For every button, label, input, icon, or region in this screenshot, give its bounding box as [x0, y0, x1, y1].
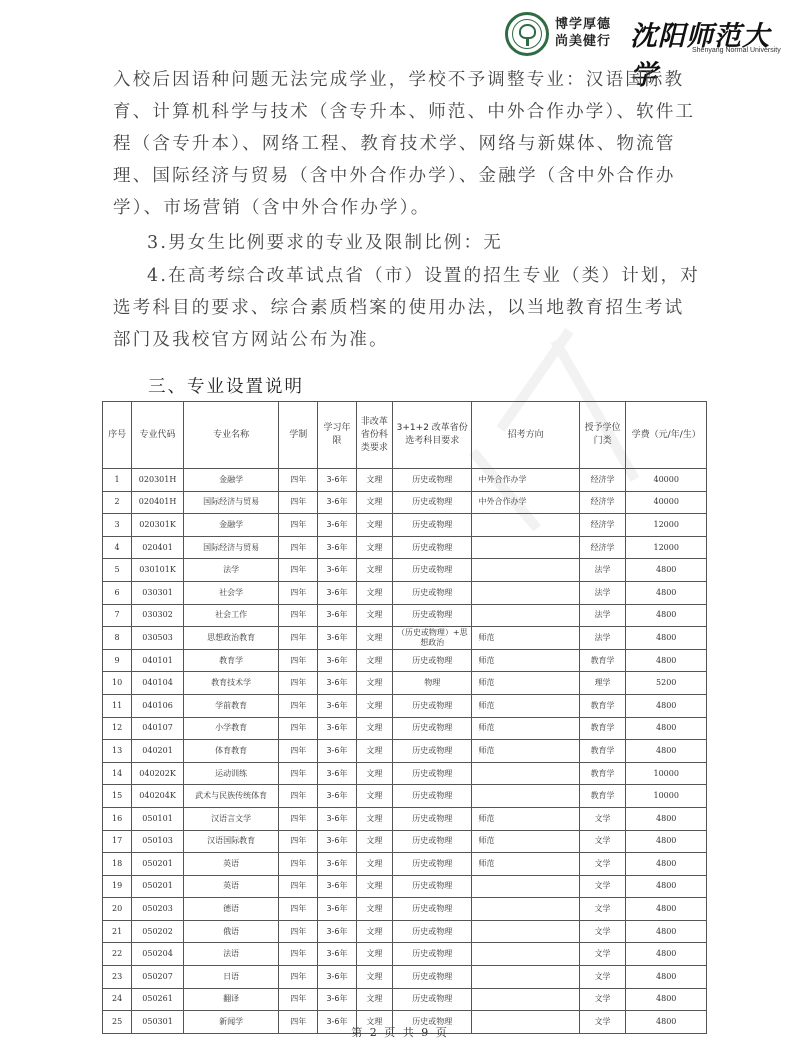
- cell-program-length: 四年: [279, 536, 318, 559]
- cell-code: 040107: [132, 717, 184, 740]
- cell-direction: [472, 604, 579, 627]
- cell-reform-requirement: 历史或物理: [392, 920, 471, 943]
- cell-program-length: 四年: [279, 988, 318, 1011]
- cell-direction: 师范: [472, 807, 579, 830]
- cell-major-name: 国际经济与贸易: [183, 491, 278, 514]
- cell-major-name: 国际经济与贸易: [183, 536, 278, 559]
- cell-nonreform-requirement: 文理: [356, 717, 392, 740]
- cell-degree-category: 法学: [579, 627, 626, 650]
- header-code: 专业代码: [132, 402, 184, 469]
- cell-direction: [472, 988, 579, 1011]
- cell-degree-category: 法学: [579, 604, 626, 627]
- cell-degree-category: 文学: [579, 853, 626, 876]
- cell-code: 030302: [132, 604, 184, 627]
- cell-direction: 师范: [472, 740, 579, 763]
- cell-tuition: 10000: [626, 762, 707, 785]
- cell-direction: 师范: [472, 717, 579, 740]
- cell-degree-category: 文学: [579, 898, 626, 921]
- cell-nonreform-requirement: 文理: [356, 785, 392, 808]
- paragraph-reform-provinces: 4.在高考综合改革试点省（市）设置的招生专业（类）计划，对选考科目的要求、综合素…: [113, 260, 703, 356]
- cell-major-name: 俄语: [183, 920, 278, 943]
- cell-study-years: 3-6年: [318, 491, 357, 514]
- cell-major-name: 日语: [183, 966, 278, 989]
- cell-major-name: 运动训练: [183, 762, 278, 785]
- cell-index: 24: [103, 988, 132, 1011]
- cell-index: 11: [103, 694, 132, 717]
- cell-study-years: 3-6年: [318, 649, 357, 672]
- cell-major-name: 德语: [183, 898, 278, 921]
- cell-program-length: 四年: [279, 694, 318, 717]
- cell-tuition: 4800: [626, 988, 707, 1011]
- cell-code: 050201: [132, 853, 184, 876]
- table-row: 10040104教育技术学四年3-6年文理物理师范理学5200: [103, 672, 707, 695]
- cell-code: 050203: [132, 898, 184, 921]
- cell-reform-requirement: 物理: [392, 672, 471, 695]
- cell-index: 7: [103, 604, 132, 627]
- cell-tuition: 4800: [626, 740, 707, 763]
- table-header-row: 序号 专业代码 专业名称 学制 学习年限 非改革省份科类要求 3+1+2 改革省…: [103, 402, 707, 469]
- cell-index: 19: [103, 875, 132, 898]
- university-motto: 博学厚德 尚美健行: [555, 16, 625, 50]
- cell-tuition: 12000: [626, 536, 707, 559]
- cell-code: 050201: [132, 875, 184, 898]
- paragraph-language-restriction: 入校后因语种问题无法完成学业，学校不予调整专业：汉语国际教育、计算机科学与技术（…: [113, 64, 703, 224]
- table-row: 13040201体育教育四年3-6年文理历史或物理师范教育学4800: [103, 740, 707, 763]
- cell-tuition: 4800: [626, 943, 707, 966]
- cell-index: 1: [103, 469, 132, 492]
- cell-study-years: 3-6年: [318, 830, 357, 853]
- table-row: 16050101汉语言文学四年3-6年文理历史或物理师范文学4800: [103, 807, 707, 830]
- cell-tuition: 4800: [626, 807, 707, 830]
- cell-code: 040101: [132, 649, 184, 672]
- cell-nonreform-requirement: 文理: [356, 536, 392, 559]
- cell-degree-category: 教育学: [579, 717, 626, 740]
- table-row: 3020301K金融学四年3-6年文理历史或物理经济学12000: [103, 514, 707, 537]
- cell-index: 2: [103, 491, 132, 514]
- cell-direction: 师范: [472, 649, 579, 672]
- cell-tuition: 4800: [626, 559, 707, 582]
- table-row: 21050202俄语四年3-6年文理历史或物理文学4800: [103, 920, 707, 943]
- cell-code: 030101K: [132, 559, 184, 582]
- header-major-name: 专业名称: [183, 402, 278, 469]
- table-row: 11040106学前教育四年3-6年文理历史或物理师范教育学4800: [103, 694, 707, 717]
- cell-study-years: 3-6年: [318, 514, 357, 537]
- cell-direction: [472, 762, 579, 785]
- cell-index: 21: [103, 920, 132, 943]
- cell-reform-requirement: 历史或物理: [392, 740, 471, 763]
- cell-tuition: 4800: [626, 649, 707, 672]
- cell-code: 040202K: [132, 762, 184, 785]
- cell-nonreform-requirement: 文理: [356, 559, 392, 582]
- cell-tuition: 10000: [626, 785, 707, 808]
- cell-program-length: 四年: [279, 875, 318, 898]
- cell-degree-category: 经济学: [579, 469, 626, 492]
- header-study-years: 学习年限: [318, 402, 357, 469]
- cell-reform-requirement: 历史或物理: [392, 604, 471, 627]
- cell-program-length: 四年: [279, 559, 318, 582]
- cell-reform-requirement: 历史或物理: [392, 694, 471, 717]
- cell-major-name: 金融学: [183, 469, 278, 492]
- cell-reform-requirement: 历史或物理: [392, 943, 471, 966]
- cell-nonreform-requirement: 文理: [356, 740, 392, 763]
- cell-nonreform-requirement: 文理: [356, 920, 392, 943]
- cell-code: 040204K: [132, 785, 184, 808]
- cell-reform-requirement: 历史或物理: [392, 830, 471, 853]
- cell-reform-requirement: 历史或物理: [392, 581, 471, 604]
- cell-study-years: 3-6年: [318, 627, 357, 650]
- cell-degree-category: 教育学: [579, 762, 626, 785]
- university-name-en: Shenyang Normal University: [692, 47, 781, 54]
- cell-index: 12: [103, 717, 132, 740]
- cell-index: 5: [103, 559, 132, 582]
- cell-degree-category: 文学: [579, 966, 626, 989]
- cell-direction: 中外合作办学: [472, 469, 579, 492]
- cell-major-name: 教育技术学: [183, 672, 278, 695]
- table-row: 8030503思想政治教育四年3-6年文理（历史或物理）+思想政治师范法学480…: [103, 627, 707, 650]
- cell-nonreform-requirement: 文理: [356, 604, 392, 627]
- cell-tuition: 4800: [626, 604, 707, 627]
- cell-code: 050204: [132, 943, 184, 966]
- cell-program-length: 四年: [279, 604, 318, 627]
- cell-degree-category: 文学: [579, 830, 626, 853]
- cell-degree-category: 理学: [579, 672, 626, 695]
- cell-program-length: 四年: [279, 762, 318, 785]
- cell-code: 020301K: [132, 514, 184, 537]
- cell-degree-category: 经济学: [579, 491, 626, 514]
- cell-code: 030503: [132, 627, 184, 650]
- cell-program-length: 四年: [279, 943, 318, 966]
- table-row: 23050207日语四年3-6年文理历史或物理文学4800: [103, 966, 707, 989]
- table-row: 14040202K运动训练四年3-6年文理历史或物理教育学10000: [103, 762, 707, 785]
- table-row: 18050201英语四年3-6年文理历史或物理师范文学4800: [103, 853, 707, 876]
- cell-index: 8: [103, 627, 132, 650]
- cell-tuition: 4800: [626, 694, 707, 717]
- cell-degree-category: 文学: [579, 943, 626, 966]
- cell-nonreform-requirement: 文理: [356, 898, 392, 921]
- cell-index: 4: [103, 536, 132, 559]
- cell-nonreform-requirement: 文理: [356, 672, 392, 695]
- motto-line-1: 博学厚德: [555, 16, 625, 33]
- university-header: 博学厚德 尚美健行 沈阳师范大学 Shenyang Normal Univers…: [505, 10, 795, 60]
- cell-major-name: 翻译: [183, 988, 278, 1011]
- cell-index: 18: [103, 853, 132, 876]
- cell-direction: 师范: [472, 830, 579, 853]
- cell-program-length: 四年: [279, 469, 318, 492]
- cell-index: 13: [103, 740, 132, 763]
- cell-code: 040201: [132, 740, 184, 763]
- cell-program-length: 四年: [279, 649, 318, 672]
- paragraph-gender-ratio: 3.男女生比例要求的专业及限制比例：无: [113, 227, 703, 259]
- cell-study-years: 3-6年: [318, 694, 357, 717]
- cell-nonreform-requirement: 文理: [356, 875, 392, 898]
- cell-direction: [472, 920, 579, 943]
- cell-study-years: 3-6年: [318, 988, 357, 1011]
- cell-major-name: 社会学: [183, 581, 278, 604]
- table-body: 1020301H金融学四年3-6年文理历史或物理中外合作办学经济学4000020…: [103, 469, 707, 1034]
- cell-index: 10: [103, 672, 132, 695]
- cell-index: 16: [103, 807, 132, 830]
- cell-major-name: 金融学: [183, 514, 278, 537]
- cell-major-name: 英语: [183, 875, 278, 898]
- cell-nonreform-requirement: 文理: [356, 694, 392, 717]
- cell-study-years: 3-6年: [318, 581, 357, 604]
- cell-tuition: 4800: [626, 966, 707, 989]
- table-row: 6030301社会学四年3-6年文理历史或物理法学4800: [103, 581, 707, 604]
- cell-code: 050202: [132, 920, 184, 943]
- university-emblem-icon: [505, 12, 549, 56]
- cell-program-length: 四年: [279, 627, 318, 650]
- header-index: 序号: [103, 402, 132, 469]
- cell-index: 20: [103, 898, 132, 921]
- cell-degree-category: 经济学: [579, 514, 626, 537]
- table-row: 24050261翻译四年3-6年文理历史或物理文学4800: [103, 988, 707, 1011]
- cell-code: 050207: [132, 966, 184, 989]
- cell-study-years: 3-6年: [318, 807, 357, 830]
- cell-degree-category: 教育学: [579, 649, 626, 672]
- cell-program-length: 四年: [279, 491, 318, 514]
- cell-major-name: 法学: [183, 559, 278, 582]
- table-row: 15040204K武术与民族传统体育四年3-6年文理历史或物理教育学10000: [103, 785, 707, 808]
- cell-nonreform-requirement: 文理: [356, 762, 392, 785]
- cell-direction: 中外合作办学: [472, 491, 579, 514]
- cell-index: 14: [103, 762, 132, 785]
- cell-degree-category: 文学: [579, 988, 626, 1011]
- header-reform-requirement: 3+1+2 改革省份选考科目要求: [392, 402, 471, 469]
- cell-direction: 师范: [472, 853, 579, 876]
- cell-reform-requirement: 历史或物理: [392, 785, 471, 808]
- cell-major-name: 社会工作: [183, 604, 278, 627]
- cell-degree-category: 文学: [579, 875, 626, 898]
- cell-direction: [472, 581, 579, 604]
- cell-tuition: 4800: [626, 717, 707, 740]
- table-row: 5030101K法学四年3-6年文理历史或物理法学4800: [103, 559, 707, 582]
- cell-study-years: 3-6年: [318, 536, 357, 559]
- cell-major-name: 学前教育: [183, 694, 278, 717]
- cell-tuition: 4800: [626, 627, 707, 650]
- motto-line-2: 尚美健行: [555, 33, 625, 50]
- cell-study-years: 3-6年: [318, 740, 357, 763]
- header-tuition: 学费（元/年/生）: [626, 402, 707, 469]
- cell-nonreform-requirement: 文理: [356, 966, 392, 989]
- cell-study-years: 3-6年: [318, 469, 357, 492]
- cell-degree-category: 教育学: [579, 785, 626, 808]
- cell-degree-category: 文学: [579, 920, 626, 943]
- table-row: 7030302社会工作四年3-6年文理历史或物理法学4800: [103, 604, 707, 627]
- cell-nonreform-requirement: 文理: [356, 581, 392, 604]
- table-row: 2020401H国际经济与贸易四年3-6年文理历史或物理中外合作办学经济学400…: [103, 491, 707, 514]
- cell-study-years: 3-6年: [318, 717, 357, 740]
- cell-direction: [472, 559, 579, 582]
- cell-tuition: 4800: [626, 875, 707, 898]
- cell-program-length: 四年: [279, 514, 318, 537]
- cell-reform-requirement: 历史或物理: [392, 762, 471, 785]
- section-title: 三、专业设置说明: [148, 373, 304, 398]
- cell-tuition: 40000: [626, 491, 707, 514]
- cell-degree-category: 教育学: [579, 694, 626, 717]
- cell-nonreform-requirement: 文理: [356, 469, 392, 492]
- cell-tuition: 5200: [626, 672, 707, 695]
- cell-program-length: 四年: [279, 717, 318, 740]
- cell-code: 040104: [132, 672, 184, 695]
- cell-program-length: 四年: [279, 672, 318, 695]
- cell-degree-category: 法学: [579, 559, 626, 582]
- table-row: 4020401国际经济与贸易四年3-6年文理历史或物理经济学12000: [103, 536, 707, 559]
- majors-table: 序号 专业代码 专业名称 学制 学习年限 非改革省份科类要求 3+1+2 改革省…: [102, 401, 707, 1034]
- cell-tuition: 12000: [626, 514, 707, 537]
- cell-tuition: 4800: [626, 853, 707, 876]
- cell-direction: 师范: [472, 694, 579, 717]
- cell-degree-category: 经济学: [579, 536, 626, 559]
- cell-direction: [472, 943, 579, 966]
- cell-code: 050261: [132, 988, 184, 1011]
- cell-nonreform-requirement: 文理: [356, 491, 392, 514]
- cell-reform-requirement: 历史或物理: [392, 649, 471, 672]
- cell-direction: 师范: [472, 627, 579, 650]
- cell-reform-requirement: 历史或物理: [392, 469, 471, 492]
- cell-direction: [472, 514, 579, 537]
- cell-major-name: 教育学: [183, 649, 278, 672]
- cell-index: 23: [103, 966, 132, 989]
- cell-major-name: 武术与民族传统体育: [183, 785, 278, 808]
- cell-nonreform-requirement: 文理: [356, 627, 392, 650]
- cell-code: 050103: [132, 830, 184, 853]
- cell-major-name: 汉语言文学: [183, 807, 278, 830]
- header-direction: 招考方向: [472, 402, 579, 469]
- cell-program-length: 四年: [279, 898, 318, 921]
- cell-reform-requirement: 历史或物理: [392, 966, 471, 989]
- table-row: 9040101教育学四年3-6年文理历史或物理师范教育学4800: [103, 649, 707, 672]
- cell-degree-category: 教育学: [579, 740, 626, 763]
- cell-study-years: 3-6年: [318, 875, 357, 898]
- table-row: 19050201英语四年3-6年文理历史或物理文学4800: [103, 875, 707, 898]
- cell-tuition: 4800: [626, 898, 707, 921]
- header-nonreform-requirement: 非改革省份科类要求: [356, 402, 392, 469]
- cell-direction: [472, 966, 579, 989]
- cell-study-years: 3-6年: [318, 785, 357, 808]
- cell-program-length: 四年: [279, 853, 318, 876]
- header-program-length: 学制: [279, 402, 318, 469]
- cell-major-name: 体育教育: [183, 740, 278, 763]
- cell-nonreform-requirement: 文理: [356, 807, 392, 830]
- cell-direction: 师范: [472, 672, 579, 695]
- cell-reform-requirement: 历史或物理: [392, 988, 471, 1011]
- cell-nonreform-requirement: 文理: [356, 943, 392, 966]
- cell-study-years: 3-6年: [318, 898, 357, 921]
- cell-nonreform-requirement: 文理: [356, 988, 392, 1011]
- cell-major-name: 法语: [183, 943, 278, 966]
- cell-program-length: 四年: [279, 785, 318, 808]
- cell-tuition: 40000: [626, 469, 707, 492]
- cell-reform-requirement: 历史或物理: [392, 853, 471, 876]
- cell-study-years: 3-6年: [318, 943, 357, 966]
- cell-nonreform-requirement: 文理: [356, 830, 392, 853]
- cell-program-length: 四年: [279, 920, 318, 943]
- cell-degree-category: 法学: [579, 581, 626, 604]
- cell-tuition: 4800: [626, 830, 707, 853]
- cell-major-name: 小学教育: [183, 717, 278, 740]
- cell-reform-requirement: 历史或物理: [392, 875, 471, 898]
- table-row: 22050204法语四年3-6年文理历史或物理文学4800: [103, 943, 707, 966]
- cell-nonreform-requirement: 文理: [356, 514, 392, 537]
- cell-program-length: 四年: [279, 581, 318, 604]
- cell-study-years: 3-6年: [318, 559, 357, 582]
- cell-reform-requirement: （历史或物理）+思想政治: [392, 627, 471, 650]
- table-row: 17050103汉语国际教育四年3-6年文理历史或物理师范文学4800: [103, 830, 707, 853]
- cell-index: 17: [103, 830, 132, 853]
- cell-degree-category: 文学: [579, 807, 626, 830]
- page-number: 第 2 页 共 9 页: [0, 1024, 800, 1040]
- cell-code: 020401H: [132, 491, 184, 514]
- cell-major-name: 汉语国际教育: [183, 830, 278, 853]
- cell-reform-requirement: 历史或物理: [392, 536, 471, 559]
- cell-reform-requirement: 历史或物理: [392, 559, 471, 582]
- cell-major-name: 思想政治教育: [183, 627, 278, 650]
- cell-code: 040106: [132, 694, 184, 717]
- cell-study-years: 3-6年: [318, 966, 357, 989]
- cell-index: 3: [103, 514, 132, 537]
- cell-code: 050101: [132, 807, 184, 830]
- cell-code: 020401: [132, 536, 184, 559]
- tree-trunk: [526, 37, 529, 46]
- table-row: 20050203德语四年3-6年文理历史或物理文学4800: [103, 898, 707, 921]
- cell-reform-requirement: 历史或物理: [392, 491, 471, 514]
- cell-program-length: 四年: [279, 830, 318, 853]
- header-degree-category: 授予学位门类: [579, 402, 626, 469]
- cell-index: 9: [103, 649, 132, 672]
- cell-direction: [472, 898, 579, 921]
- cell-index: 6: [103, 581, 132, 604]
- cell-code: 030301: [132, 581, 184, 604]
- cell-nonreform-requirement: 文理: [356, 853, 392, 876]
- cell-program-length: 四年: [279, 740, 318, 763]
- cell-major-name: 英语: [183, 853, 278, 876]
- cell-study-years: 3-6年: [318, 920, 357, 943]
- cell-study-years: 3-6年: [318, 672, 357, 695]
- cell-study-years: 3-6年: [318, 853, 357, 876]
- cell-nonreform-requirement: 文理: [356, 649, 392, 672]
- cell-direction: [472, 875, 579, 898]
- cell-study-years: 3-6年: [318, 604, 357, 627]
- cell-reform-requirement: 历史或物理: [392, 898, 471, 921]
- cell-index: 22: [103, 943, 132, 966]
- cell-reform-requirement: 历史或物理: [392, 514, 471, 537]
- cell-index: 15: [103, 785, 132, 808]
- cell-tuition: 4800: [626, 920, 707, 943]
- cell-reform-requirement: 历史或物理: [392, 717, 471, 740]
- cell-tuition: 4800: [626, 581, 707, 604]
- cell-program-length: 四年: [279, 807, 318, 830]
- cell-program-length: 四年: [279, 966, 318, 989]
- cell-reform-requirement: 历史或物理: [392, 807, 471, 830]
- cell-direction: [472, 785, 579, 808]
- cell-direction: [472, 536, 579, 559]
- cell-code: 020301H: [132, 469, 184, 492]
- cell-study-years: 3-6年: [318, 762, 357, 785]
- table-row: 12040107小学教育四年3-6年文理历史或物理师范教育学4800: [103, 717, 707, 740]
- table-row: 1020301H金融学四年3-6年文理历史或物理中外合作办学经济学40000: [103, 469, 707, 492]
